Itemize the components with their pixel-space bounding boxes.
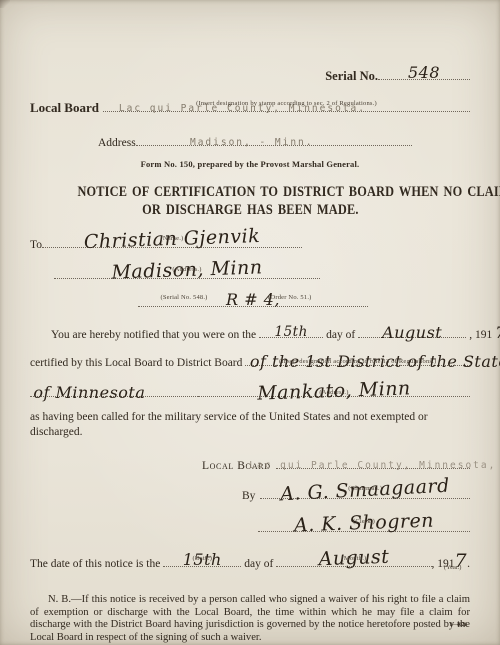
local-board-row: Local Board Lac qui Parle County, Minnes… [30,98,470,116]
body-line3: of Minnesota Mankato, Minn (Address.) [30,383,470,397]
chairman-signature-line: A. G. Smaagaard (Chairman.) [260,483,470,499]
date-mid: day of [241,558,276,570]
serial-label: Serial No. [325,69,378,84]
recipient-name-row: To Christian Gjenvik (Name.) [30,233,302,251]
body-line1-prefix: You are hereby notified that you were on… [48,328,259,343]
local-board-label: Local Board [30,100,103,116]
nb-footnote-text: N. B.—If this notice is received by a pe… [30,594,470,643]
body-line2-prefix: certified by this Local Board to Distric… [30,356,245,371]
body-board-address-caption: (Address.) [319,385,348,400]
to-label: To [30,239,42,251]
body-year-handwritten: 7 [495,325,500,340]
recipient-address-row: Madison, Minn (Address.) [54,264,320,279]
recipient-route-row: R # 4, (Serial No. 548.) (Order No. 51.) [138,292,368,307]
date-month-line: August (Month.) [276,553,431,567]
nb-footnote: N. B.—If this notice is received by a pe… [30,594,470,644]
body-year-printed: , 191 [466,328,495,343]
recipient-serial-caption: (Serial No. 548.) [160,294,207,301]
recipient-name-caption: (Name.) [161,235,184,242]
address-stamp-value: Madison, - Minn. [190,137,314,148]
document-title-line2: OR DISCHARGE HAS BEEN MADE. [142,202,358,219]
by-label: By [242,490,260,502]
signature-local-board-stamp: Lac qui Parle County, Minnesota, [249,460,496,471]
local-board-line: Lac qui Parle County, Minnesota. (Insert… [103,98,470,112]
date-day-line: 15th (Date.) [163,553,241,567]
body-district2-handwritten: of Minnesota [33,385,145,400]
body-line1: You are hereby notified that you were on… [30,324,470,343]
date-year-period: . [467,558,470,570]
address-label: Address [98,137,136,149]
signature-local-board-line: Lac qui Parle County, Minnesota, [276,455,470,469]
date-month-caption: (Month.) [341,555,366,562]
chairman-caption: (Chairman.) [348,485,382,492]
body-month-handwritten: August [382,325,442,340]
body-line4: as having been called for the military s… [30,410,470,440]
serial-line: 548 [378,66,470,80]
signature-clerk-row: A. K. Shogren (Clerk.) [258,516,470,532]
paper-corner-blemish [0,0,10,8]
body-line2: certified by this Local Board to Distric… [30,352,470,371]
date-year-caption: (Year.) [444,564,462,571]
form-number-note: Form No. 150, prepared by the Provost Ma… [30,159,470,169]
body-board-address-line: Mankato, Minn (Address.) [198,383,470,397]
date-of-notice-row: The date of this notice is the 15th (Dat… [30,550,470,572]
body-district-line: of the 1st District of the State (Insert… [245,352,470,366]
clerk-signature-line: A. K. Shogren (Clerk.) [258,516,470,532]
date-year-group: , 1917. (Year.) [432,550,470,572]
recipient-order-caption: (Order No. 51.) [268,294,311,301]
printer-code: 3—4021 [432,619,466,632]
signature-local-board-row: Local Board Lac qui Parle County, Minnes… [202,455,470,472]
serial-value-handwritten: 548 [408,63,440,82]
document-title-line1: NOTICE OF CERTIFICATION TO DISTRICT BOAR… [77,184,500,201]
serial-number-row: Serial No. 548 [30,66,470,84]
local-board-stamp-note: (Insert designation by stamp according t… [196,100,377,107]
address-row: Address Madison, - Minn. [98,132,412,149]
recipient-route-line: R # 4, (Serial No. 548.) (Order No. 51.) [138,292,368,307]
signature-chairman-row: By A. G. Smaagaard (Chairman.) [242,483,470,502]
body-day-handwritten: 15th [274,325,307,340]
body-line1-mid: day of [323,328,358,343]
address-line: Madison, - Minn. [136,132,412,146]
recipient-address-caption: (Address.) [172,266,201,273]
body-district-note: (Insert designation according to rule 13… [279,354,436,369]
body-district-line2: of Minnesota [30,383,198,397]
recipient-name-line: Christian Gjenvik (Name.) [42,233,302,248]
date-prefix: The date of this notice is the [30,558,163,570]
clerk-caption: (Clerk.) [353,518,375,525]
date-day-caption: (Date.) [192,555,212,562]
document-page: Serial No. 548 Local Board Lac qui Parle… [0,0,500,645]
body-paragraph: You are hereby notified that you were on… [30,324,470,440]
body-month-line: August [358,324,466,338]
recipient-address-line: Madison, Minn (Address.) [54,264,320,279]
body-day-line: 15th [259,324,323,338]
document-title: NOTICE OF CERTIFICATION TO DISTRICT BOAR… [30,183,470,219]
